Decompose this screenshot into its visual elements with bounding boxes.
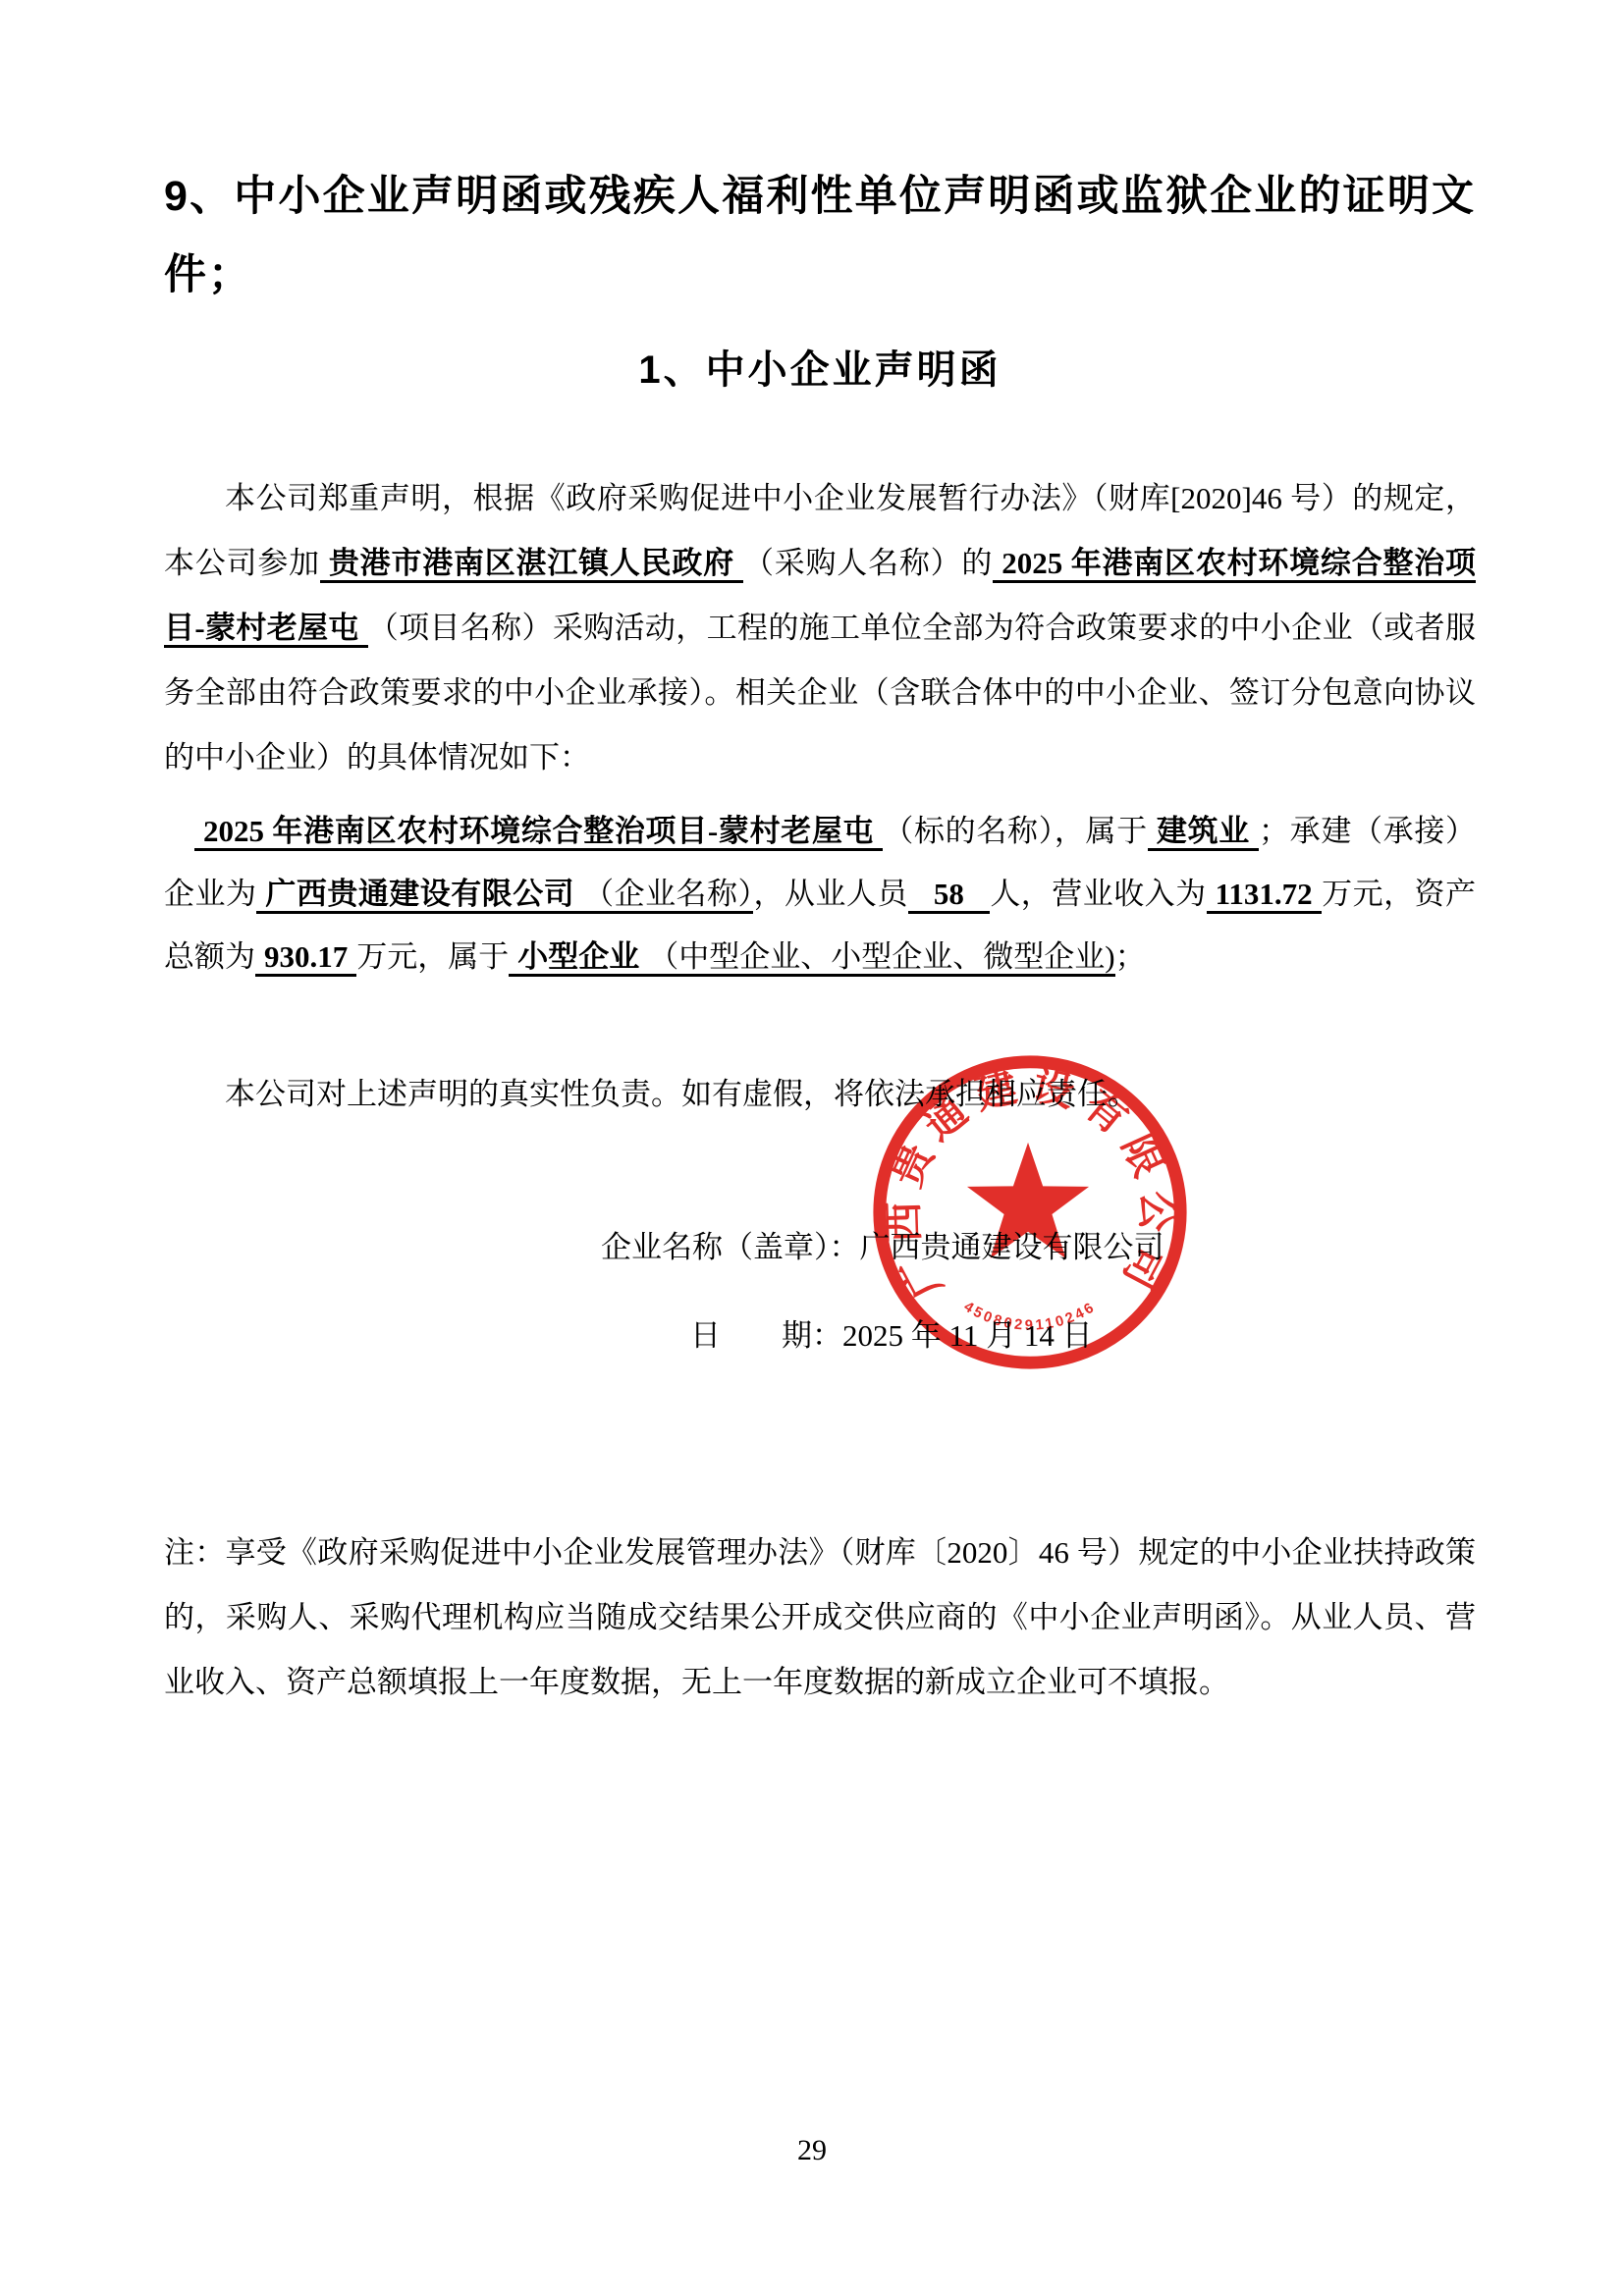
- page-number: 29: [0, 2134, 1624, 2167]
- document-title: 1、中小企业声明函: [164, 346, 1476, 395]
- text-segment: ；: [1115, 939, 1146, 974]
- contractor-company-name: 广西贵通建设有限公司: [256, 877, 583, 914]
- employee-count: 58: [908, 877, 990, 914]
- text-segment: 万元，属于: [356, 939, 509, 974]
- declaration-document-page: 9、中小企业声明函或残疾人福利性单位声明函或监狱企业的证明文件； 1、中小企业声…: [0, 0, 1624, 2296]
- seal-serial-arc-text: 4508029110246: [961, 1299, 1100, 1333]
- declaration-paragraph-2: 2025 年港南区农村环境综合整治项目-蒙村老屋屯（标的名称），属于建筑业；承建…: [164, 800, 1476, 988]
- text-segment: （标的名称），属于: [883, 814, 1148, 848]
- industry-type: 建筑业: [1148, 814, 1259, 851]
- purchaser-name: 贵港市港南区湛江镇人民政府: [320, 546, 743, 583]
- company-seal: 广西贵通建设有限公司 4508029110246: [865, 1047, 1195, 1377]
- bid-subject-name: 2025 年港南区农村环境综合整治项目-蒙村老屋屯: [194, 814, 883, 851]
- seal-serial-number: 4508029110246: [961, 1299, 1100, 1333]
- enterprise-size-options: （中型企业、小型企业、微型企业): [648, 939, 1114, 977]
- revenue-amount: 1131.72: [1207, 877, 1322, 914]
- company-seal-label: 企业名称（盖章）：: [601, 1230, 860, 1264]
- footnote-paragraph: 注：享受《政府采购促进中小企业发展管理办法》（财库〔2020〕46 号）规定的中…: [164, 1521, 1476, 1715]
- declaration-paragraph-3: 本公司对上述声明的真实性负责。如有虚假，将依法承担相应责任。: [164, 1062, 1476, 1127]
- enterprise-size-type: 小型企业: [509, 939, 648, 977]
- text-segment: ，从业人员: [753, 877, 907, 911]
- company-name-caption: （企业名称）: [583, 877, 753, 914]
- declaration-paragraph-1: 本公司郑重声明，根据《政府采购促进中小企业发展暂行办法》（财库[2020]46 …: [164, 466, 1476, 790]
- text-segment: 人，营业收入为: [990, 877, 1207, 911]
- seal-star-icon: [967, 1143, 1089, 1258]
- text-segment: （采购人名称）的: [743, 546, 993, 580]
- section-heading: 9、中小企业声明函或残疾人福利性单位声明函或监狱企业的证明文件；: [164, 157, 1476, 314]
- asset-total-amount: 930.17: [255, 939, 356, 977]
